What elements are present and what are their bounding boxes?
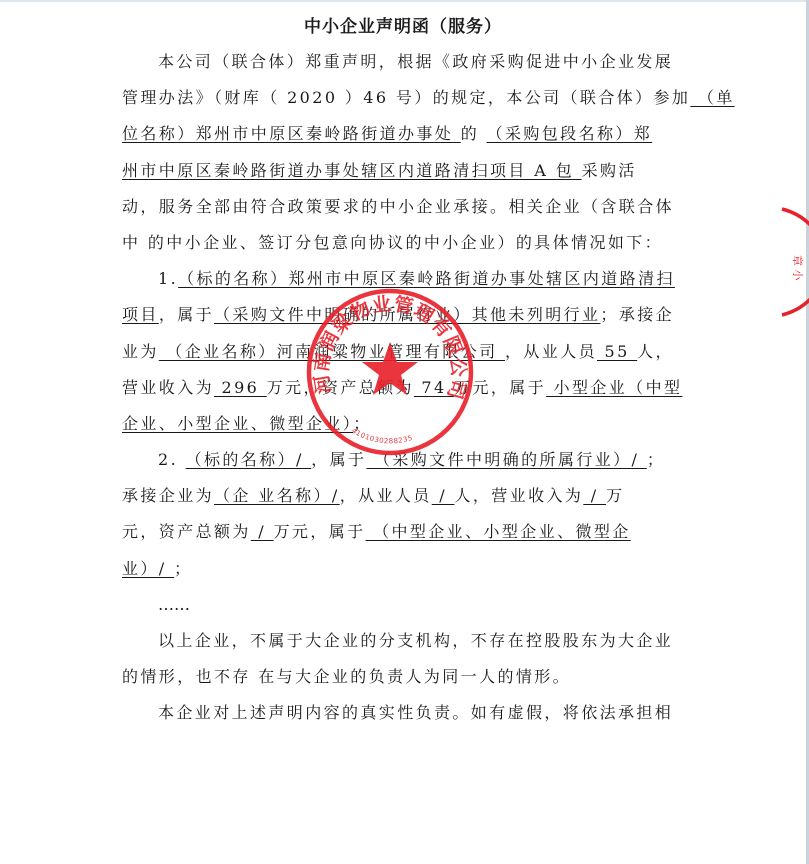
text-segment: 动，服务全部由符合政策要求的中小企业承接。相关企业（含联合体	[122, 197, 674, 216]
filled-field: （企业名称）河南润粱物业管理有限公司	[159, 342, 505, 361]
document-line: 中 的中小企业、签订分包意向协议的中小企业）的具体情况如下：	[122, 225, 684, 261]
filled-field: 55	[597, 342, 637, 361]
text-segment: ，属于	[159, 305, 214, 324]
document-body: 本公司（联合体）郑重声明，根据《政府采购促进中小企业发展管理办法》（财库（ 20…	[122, 44, 684, 732]
text-segment: ，从业人员	[340, 486, 432, 505]
filled-field: 位名称）郑州市中原区秦岭路街道办事处	[122, 124, 461, 143]
document-line: 业为 （企业名称）河南润粱物业管理有限公司 ，从业人员 55 人，	[122, 334, 684, 370]
filled-field: 企业、小型企业、微型企业）	[122, 414, 353, 433]
text-segment: ；	[353, 414, 371, 433]
document-line: 1.（标的名称）郑州市中原区秦岭路街道办事处辖区内道路清扫	[122, 261, 684, 297]
text-segment: 万元，资产总额为	[267, 378, 414, 397]
document-line: 的情形，也不存 在与大企业的负责人为同一人的情形。	[122, 659, 684, 695]
text-segment: 采购活	[582, 161, 637, 180]
document-line: 位名称）郑州市中原区秦岭路街道办事处 的 （采购包段名称）郑	[122, 116, 684, 152]
declaration-document: 中小企业声明函（服务） 本公司（联合体）郑重声明，根据《政府采购促进中小企业发展…	[122, 12, 684, 732]
filled-field: 州市中原区秦岭路街道办事处辖区内道路清扫项目 A 包	[122, 161, 582, 180]
document-line: ……	[122, 587, 684, 623]
document-line: 2. （标的名称）/ ，属于 （采购文件中明确的所属行业）/ ；	[122, 442, 684, 478]
filled-field: （采购包段名称）郑	[487, 124, 653, 143]
document-line: 以上企业，不属于大企业的分支机构，不存在控股股东为大企业	[122, 623, 684, 659]
document-line: 本企业对上述声明内容的真实性负责。如有虚假，将依法承担相	[122, 695, 684, 731]
filled-field: （中型企业、小型企业、微型企	[366, 522, 631, 541]
text-segment: ，属于	[311, 450, 366, 469]
text-segment: ；	[174, 559, 192, 578]
document-line: 业）/ ；	[122, 551, 684, 587]
text-segment: 营业收入为	[122, 378, 214, 397]
text-segment: ；	[647, 450, 665, 469]
filled-field: 296	[214, 378, 267, 397]
filled-field: 小型企业（中型	[546, 378, 682, 397]
document-line: 承接企业为（企 业名称）/，从业人员 / 人，营业收入为 / 万	[122, 478, 684, 514]
document-line: 州市中原区秦岭路街道办事处辖区内道路清扫项目 A 包 采购活	[122, 153, 684, 189]
text-segment: 业为	[122, 342, 159, 361]
partial-seal-text: 章 小	[791, 255, 805, 281]
text-segment: 管理办法》（财库（ 2020 ）46 号）的规定，本公司（联合体）参加	[122, 88, 690, 107]
partial-seal-icon: 章 小	[780, 207, 809, 317]
text-segment: 的	[461, 124, 487, 143]
text-segment: 人，	[637, 342, 674, 361]
filled-field: /	[583, 486, 606, 505]
filled-field: （单	[690, 88, 734, 107]
text-segment: 以上企业，不属于大企业的分支机构，不存在控股股东为大企业	[158, 631, 673, 650]
text-segment: 承接企业为	[122, 486, 214, 505]
text-segment: 本企业对上述声明内容的真实性负责。如有虚假，将依法承担相	[158, 703, 673, 722]
text-segment: ……	[158, 595, 190, 614]
document-line: 企业、小型企业、微型企业）；	[122, 406, 684, 442]
page-top-border	[0, 0, 809, 2]
filled-field: 业）/	[122, 559, 174, 578]
document-line: 本公司（联合体）郑重声明，根据《政府采购促进中小企业发展	[122, 44, 684, 80]
text-segment: ，从业人员	[505, 342, 597, 361]
document-line: 营业收入为 296 万元，资产总额为 74 万元，属于 小型企业（中型	[122, 370, 684, 406]
filled-field: 74	[414, 378, 454, 397]
text-segment: 元，资产总额为	[122, 522, 251, 541]
document-line: 管理办法》（财库（ 2020 ）46 号）的规定，本公司（联合体）参加 （单	[122, 80, 684, 116]
filled-field: （采购文件中明确的所属行业）/	[366, 450, 646, 469]
text-segment: 万	[606, 486, 624, 505]
filled-field: （企 业名称）/	[214, 486, 340, 505]
filled-field: （采购文件中明确的所属行业）其他未列明行业	[214, 305, 600, 324]
filled-field: /	[251, 522, 274, 541]
text-segment: 万元，属于	[274, 522, 366, 541]
text-segment: 本公司（联合体）郑重声明，根据《政府采购促进中小企业发展	[158, 52, 673, 71]
text-segment: 万元，属于	[454, 378, 546, 397]
document-line: 元，资产总额为 / 万元，属于 （中型企业、小型企业、微型企	[122, 514, 684, 550]
text-segment: 1.	[158, 269, 178, 288]
document-line: 动，服务全部由符合政策要求的中小企业承接。相关企业（含联合体	[122, 189, 684, 225]
filled-field: （标的名称）郑州市中原区秦岭路街道办事处辖区内道路清扫	[178, 269, 675, 288]
text-segment: 2.	[158, 450, 186, 469]
text-segment: 中 的中小企业、签订分包意向协议的中小企业）的具体情况如下：	[122, 233, 663, 252]
text-segment: 的情形，也不存 在与大企业的负责人为同一人的情形。	[122, 667, 571, 686]
text-segment: 人，营业收入为	[454, 486, 583, 505]
text-segment: ；承接企	[600, 305, 674, 324]
filled-field: （标的名称）/	[186, 450, 312, 469]
filled-field: 项目	[122, 305, 159, 324]
filled-field: /	[432, 486, 455, 505]
document-title: 中小企业声明函（服务）	[122, 12, 684, 42]
document-line: 项目，属于（采购文件中明确的所属行业）其他未列明行业；承接企	[122, 297, 684, 333]
